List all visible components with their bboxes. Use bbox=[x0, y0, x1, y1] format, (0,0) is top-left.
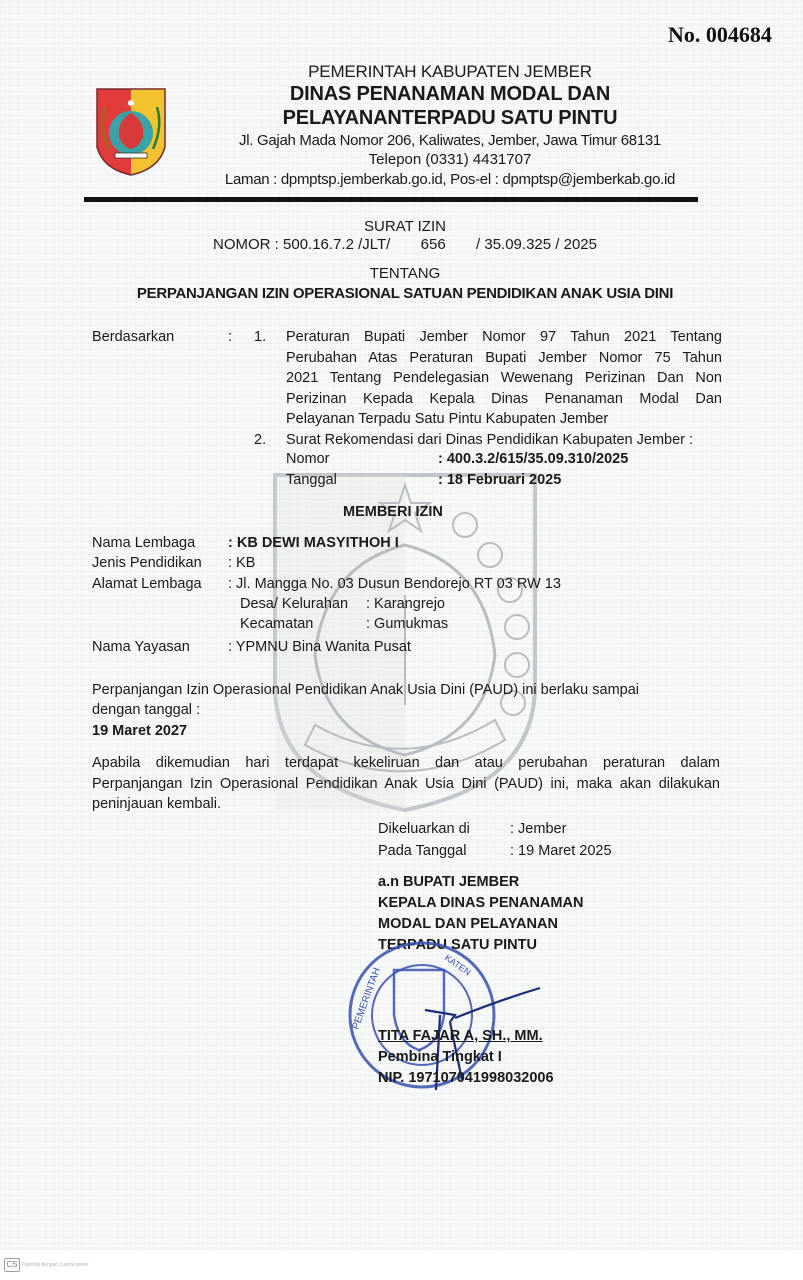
issued-place-label: Dikeluarkan di bbox=[378, 819, 470, 840]
government-name: PEMERINTAH KABUPATEN JEMBER bbox=[190, 62, 710, 82]
agency-phone: Telepon (0331) 4431707 bbox=[190, 151, 710, 168]
basis-item-1-line: Peraturan Bupati Jember Nomor 97 Tahun 2… bbox=[286, 327, 722, 348]
basis-item-2: Surat Rekomendasi dari Dinas Pendidikan … bbox=[286, 430, 693, 451]
recommendation-date-value: : 18 Februari 2025 bbox=[438, 470, 561, 491]
tentang-label: TENTANG bbox=[80, 265, 730, 282]
document-number-suffix: / 35.09.325 / 2025 bbox=[476, 236, 597, 253]
issued-date-label: Pada Tanggal bbox=[378, 841, 466, 862]
agency-name-line1: DINAS PENANAMAN MODAL DAN bbox=[190, 83, 710, 106]
agency-address: Jl. Gajah Mada Nomor 206, Kaliwates, Jem… bbox=[190, 132, 710, 149]
foundation-name-label: Nama Yayasan bbox=[92, 637, 190, 658]
memberi-izin-heading: MEMBERI IZIN bbox=[343, 502, 443, 523]
notice-line3: peninjauan kembali. bbox=[92, 794, 720, 815]
district-label: Kecamatan bbox=[240, 614, 313, 635]
signatory-name: TITA FAJAR A, SH., MM. bbox=[378, 1026, 543, 1047]
basis-item-1-line: Perubahan Atas Peraturan Bupati Jember N… bbox=[286, 348, 722, 369]
validity-text-line2: dengan tanggal : bbox=[92, 700, 200, 721]
signatory-nip: NIP. 197107041998032006 bbox=[378, 1068, 554, 1089]
issued-place-value: : Jember bbox=[510, 819, 566, 840]
agency-name-line2: PELAYANANTERPADU SATU PINTU bbox=[190, 107, 710, 130]
signatory-line1: a.n BUPATI JEMBER bbox=[378, 872, 519, 893]
scanner-footer bbox=[0, 1250, 803, 1280]
basis-item-1: Peraturan Bupati Jember Nomor 97 Tahun 2… bbox=[286, 327, 722, 430]
letterhead-divider bbox=[84, 197, 698, 202]
document-number-value: 656 bbox=[421, 236, 446, 253]
recommendation-number-label: Nomor bbox=[286, 449, 330, 470]
institution-name-value: : KB DEWI MASYITHOH I bbox=[228, 533, 399, 554]
village-value: : Karangrejo bbox=[366, 594, 445, 615]
notice-line1: Apabila dikemudian hari terdapat kekelir… bbox=[92, 753, 720, 774]
signatory-rank: Pembina Tingkat I bbox=[378, 1047, 502, 1068]
education-type-label: Jenis Pendidikan bbox=[92, 553, 202, 574]
serial-number: No. 004684 bbox=[668, 22, 772, 48]
camscanner-caption: Dipindai dengan CamScanner bbox=[22, 1262, 89, 1268]
berdasarkan-label: Berdasarkan bbox=[92, 327, 174, 348]
validity-date: 19 Maret 2027 bbox=[92, 721, 187, 742]
letterhead: PEMERINTAH KABUPATEN JEMBER DINAS PENANA… bbox=[190, 62, 710, 188]
signatory-line2: KEPALA DINAS PENANAMAN bbox=[378, 893, 583, 914]
document-title: SURAT IZIN bbox=[80, 218, 730, 235]
institution-address-value: : Jl. Mangga No. 03 Dusun Bendorejo RT 0… bbox=[228, 574, 561, 595]
foundation-name-value: : YPMNU Bina Wanita Pusat bbox=[228, 637, 411, 658]
signatory-line3: MODAL DAN PELAYANAN bbox=[378, 914, 558, 935]
institution-address-label: Alamat Lembaga bbox=[92, 574, 202, 595]
basis-item-1-line: 2021 Tentang Pendelegasian Wewenang Peri… bbox=[286, 368, 722, 389]
document-subject: PERPANJANGAN IZIN OPERASIONAL SATUAN PEN… bbox=[80, 285, 730, 302]
village-label: Desa/ Kelurahan bbox=[240, 594, 348, 615]
notice-paragraph: Apabila dikemudian hari terdapat kekelir… bbox=[92, 753, 720, 815]
validity-text-line1: Perpanjangan Izin Operasional Pendidikan… bbox=[92, 680, 639, 701]
district-value: : Gumukmas bbox=[366, 614, 448, 635]
jember-regency-coat-of-arms-icon bbox=[95, 87, 167, 177]
notice-line2: Perpanjangan Izin Operasional Pendidikan… bbox=[92, 774, 720, 795]
basis-item-1-line: Pelayanan Terpadu Satu Pintu Kabupaten J… bbox=[286, 409, 722, 430]
recommendation-date-label: Tanggal bbox=[286, 470, 337, 491]
document-number: NOMOR : 500.16.7.2 /JLT/ 656 / 35.09.325… bbox=[80, 236, 730, 253]
basis-item-1-number: 1. bbox=[254, 327, 266, 348]
basis-item-2-number: 2. bbox=[254, 430, 266, 451]
issued-date-value: : 19 Maret 2025 bbox=[510, 841, 612, 862]
recommendation-number-value: : 400.3.2/615/35.09.310/2025 bbox=[438, 449, 628, 470]
camscanner-logo-icon: CS bbox=[4, 1258, 20, 1272]
education-type-value: : KB bbox=[228, 553, 255, 574]
institution-name-label: Nama Lembaga bbox=[92, 533, 195, 554]
berdasarkan-colon: : bbox=[228, 327, 232, 348]
agency-web-email: Laman : dpmptsp.jemberkab.go.id, Pos-el … bbox=[190, 171, 710, 188]
basis-item-1-line: Perizinan Kepada Kepala Dinas Penanaman … bbox=[286, 389, 722, 410]
document-number-prefix: NOMOR : 500.16.7.2 /JLT/ bbox=[213, 236, 390, 253]
